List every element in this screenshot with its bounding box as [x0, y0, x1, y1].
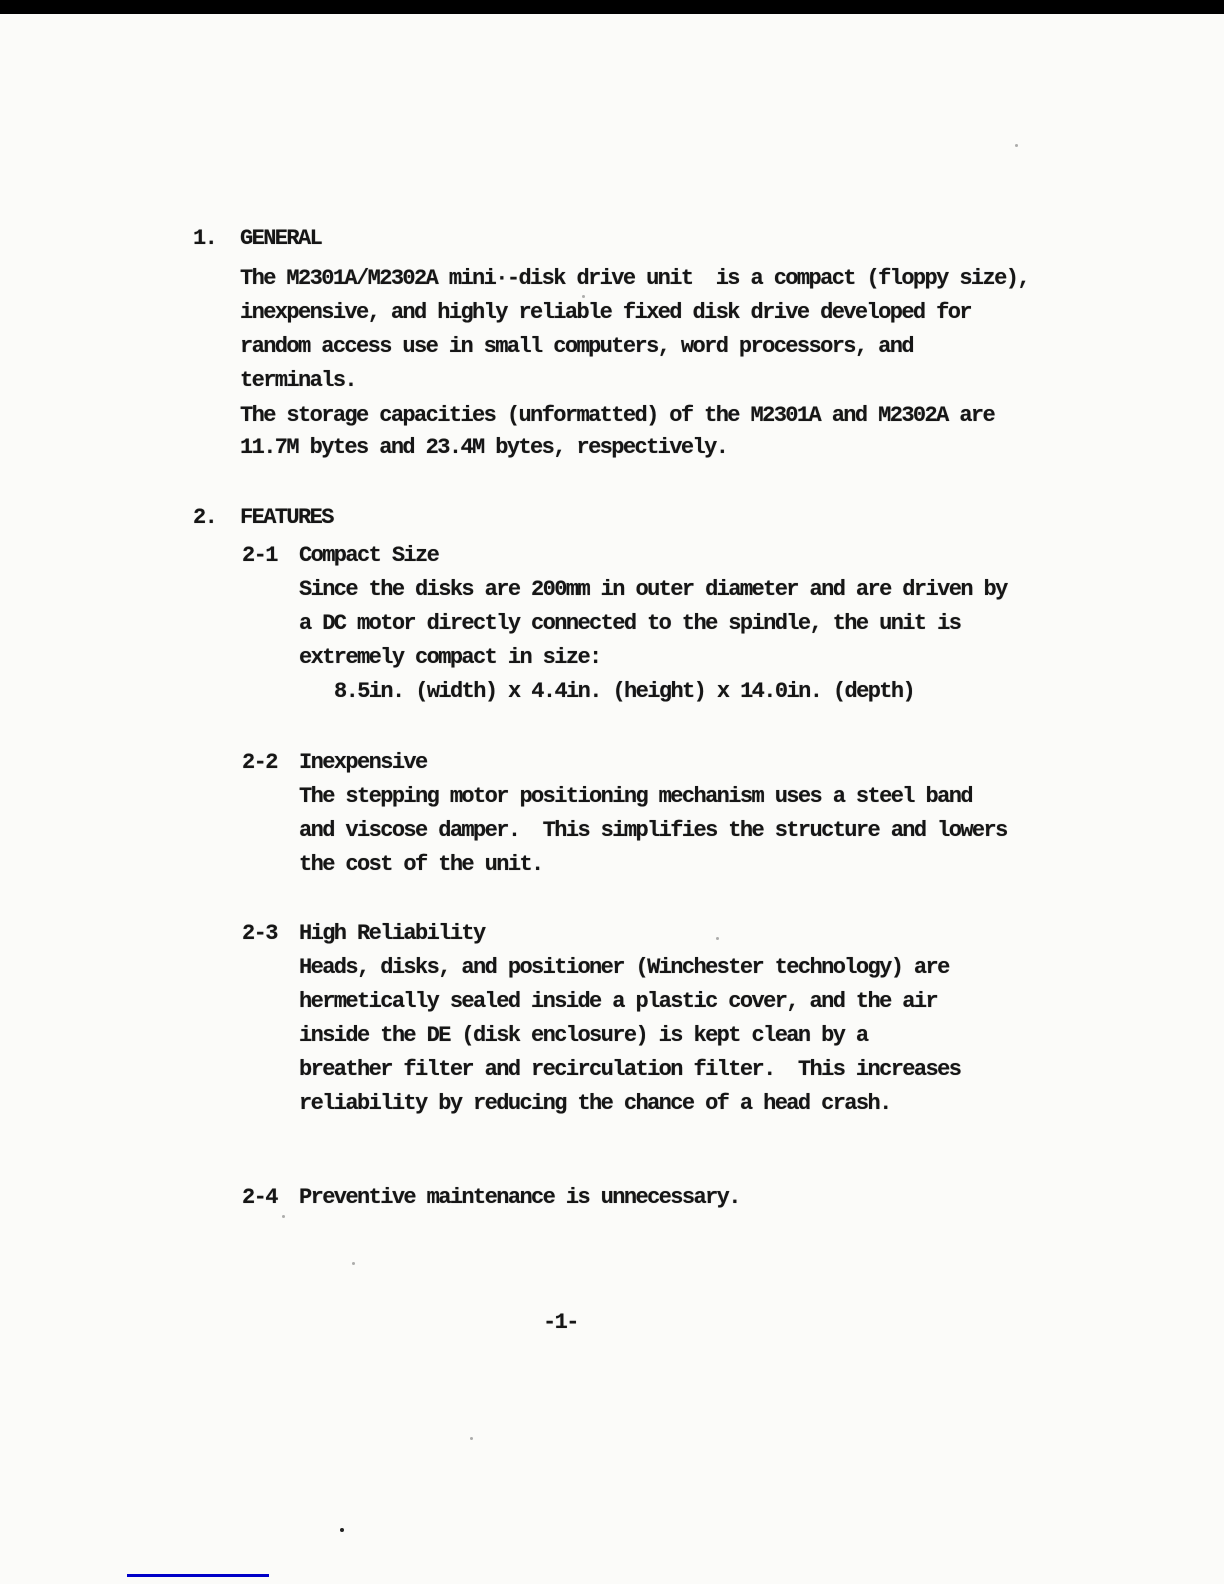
scan-speck: [582, 295, 585, 298]
section-number: 1.: [193, 228, 216, 250]
text-line: extremely compact in size:: [299, 647, 601, 669]
subsection-title: Preventive maintenance is unnecessary.: [299, 1187, 740, 1209]
subsection-number: 2-1: [242, 545, 277, 567]
text-line: the cost of the unit.: [299, 854, 543, 876]
scanned-document-page: 1. GENERAL The M2301A/M2302A mini·-disk …: [0, 0, 1224, 1584]
page-number: -1-: [543, 1312, 578, 1334]
section-title: FEATURES: [240, 507, 333, 529]
text-line: The stepping motor positioning mechanism…: [299, 786, 972, 808]
text-line: terminals.: [240, 370, 356, 392]
scan-speck: [716, 937, 719, 940]
text-line: hermetically sealed inside a plastic cov…: [299, 991, 937, 1013]
text-line: Since the disks are 200mm in outer diame…: [299, 579, 1007, 601]
scan-speck: [470, 1437, 473, 1440]
subsection-title: High Reliability: [299, 923, 485, 945]
subsection-title: Inexpensive: [299, 752, 427, 774]
scan-edge-artifact-bar: [0, 0, 1224, 14]
scan-speck: [1015, 144, 1018, 147]
text-line: random access use in small computers, wo…: [240, 336, 913, 358]
scan-speck: [340, 1528, 344, 1532]
text-line: The storage capacities (unformatted) of …: [240, 405, 994, 427]
scan-speck: [352, 1262, 355, 1265]
subsection-number: 2-3: [242, 923, 277, 945]
scan-speck: [282, 1215, 285, 1218]
text-line: inside the DE (disk enclosure) is kept c…: [299, 1025, 868, 1047]
text-line: Heads, disks, and positioner (Winchester…: [299, 957, 949, 979]
footer-underline-artifact: [127, 1574, 269, 1577]
subsection-number: 2-2: [242, 752, 277, 774]
text-line: breather filter and recirculation filter…: [299, 1059, 960, 1081]
subsection-number: 2-4: [242, 1187, 277, 1209]
section-title: GENERAL: [240, 228, 321, 250]
subsection-title: Compact Size: [299, 545, 438, 567]
text-line: a DC motor directly connected to the spi…: [299, 613, 960, 635]
dimension-spec-line: 8.5in. (width) x 4.4in. (height) x 14.0i…: [334, 681, 914, 703]
text-line: reliability by reducing the chance of a …: [299, 1093, 891, 1115]
section-number: 2.: [193, 507, 216, 529]
text-line: 11.7M bytes and 23.4M bytes, respectivel…: [240, 437, 727, 459]
text-line: inexpensive, and highly reliable fixed d…: [240, 302, 971, 324]
text-line: The M2301A/M2302A mini·-disk drive unit …: [240, 268, 1029, 290]
text-line: and viscose damper. This simplifies the …: [299, 820, 1007, 842]
